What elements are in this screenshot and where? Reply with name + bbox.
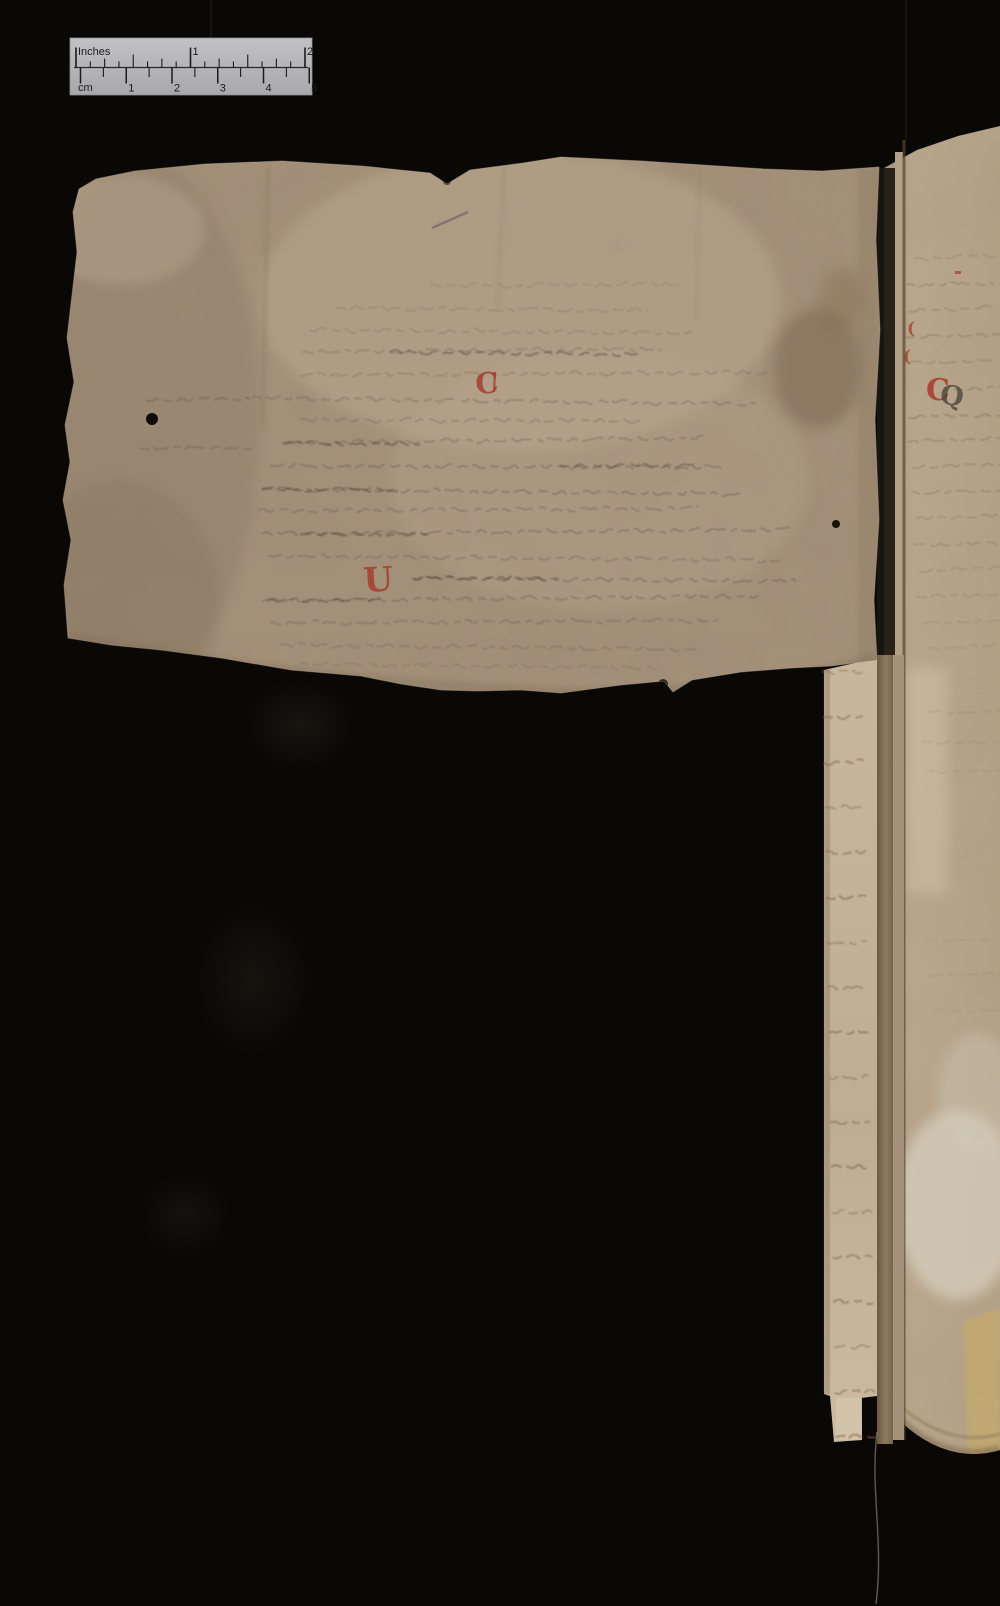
book-gutter	[877, 140, 904, 1444]
scale-ruler: Inches cm 1212345	[70, 38, 317, 95]
page-fabric-patch	[906, 668, 948, 893]
ruler-unit-cm: cm	[78, 82, 93, 94]
rubric-paraph-bar	[494, 372, 495, 392]
gutter-page-sliver	[895, 152, 903, 655]
ruler-cm-label: 3	[220, 83, 226, 95]
ruler-inch-label: 1	[193, 46, 199, 58]
ruler-unit-inches: Inches	[78, 46, 111, 58]
ruler-cm-label: 5	[311, 83, 317, 95]
gutter-shadow	[877, 168, 895, 658]
rubric-paraph: C	[474, 365, 499, 401]
manuscript-photo: (( CQ	[0, 0, 1000, 1606]
page-edge-band	[877, 655, 893, 1444]
strip-bottom-tab	[836, 1398, 862, 1440]
parchment-fragment: CU	[20, 150, 885, 720]
ruler-cm-label: 2	[174, 83, 180, 95]
rubric-paren: (	[907, 319, 915, 339]
fragment-speck	[832, 520, 840, 528]
photo-canvas: (( CQ	[0, 0, 1000, 1606]
initial-letter-q: Q	[938, 379, 966, 413]
page-edge-band-light	[893, 655, 904, 1440]
ruler-cm-label: 4	[266, 83, 272, 95]
ruler-inch-label: 2	[307, 46, 313, 58]
fragment-hole	[146, 413, 158, 425]
page-strip	[822, 658, 877, 1442]
rubric-initial-u: U	[362, 559, 394, 600]
rubric-dot	[955, 271, 961, 274]
page-strip-surface	[824, 658, 877, 1442]
fragment-texture	[20, 150, 885, 720]
ruler-cm-label: 1	[128, 83, 134, 95]
